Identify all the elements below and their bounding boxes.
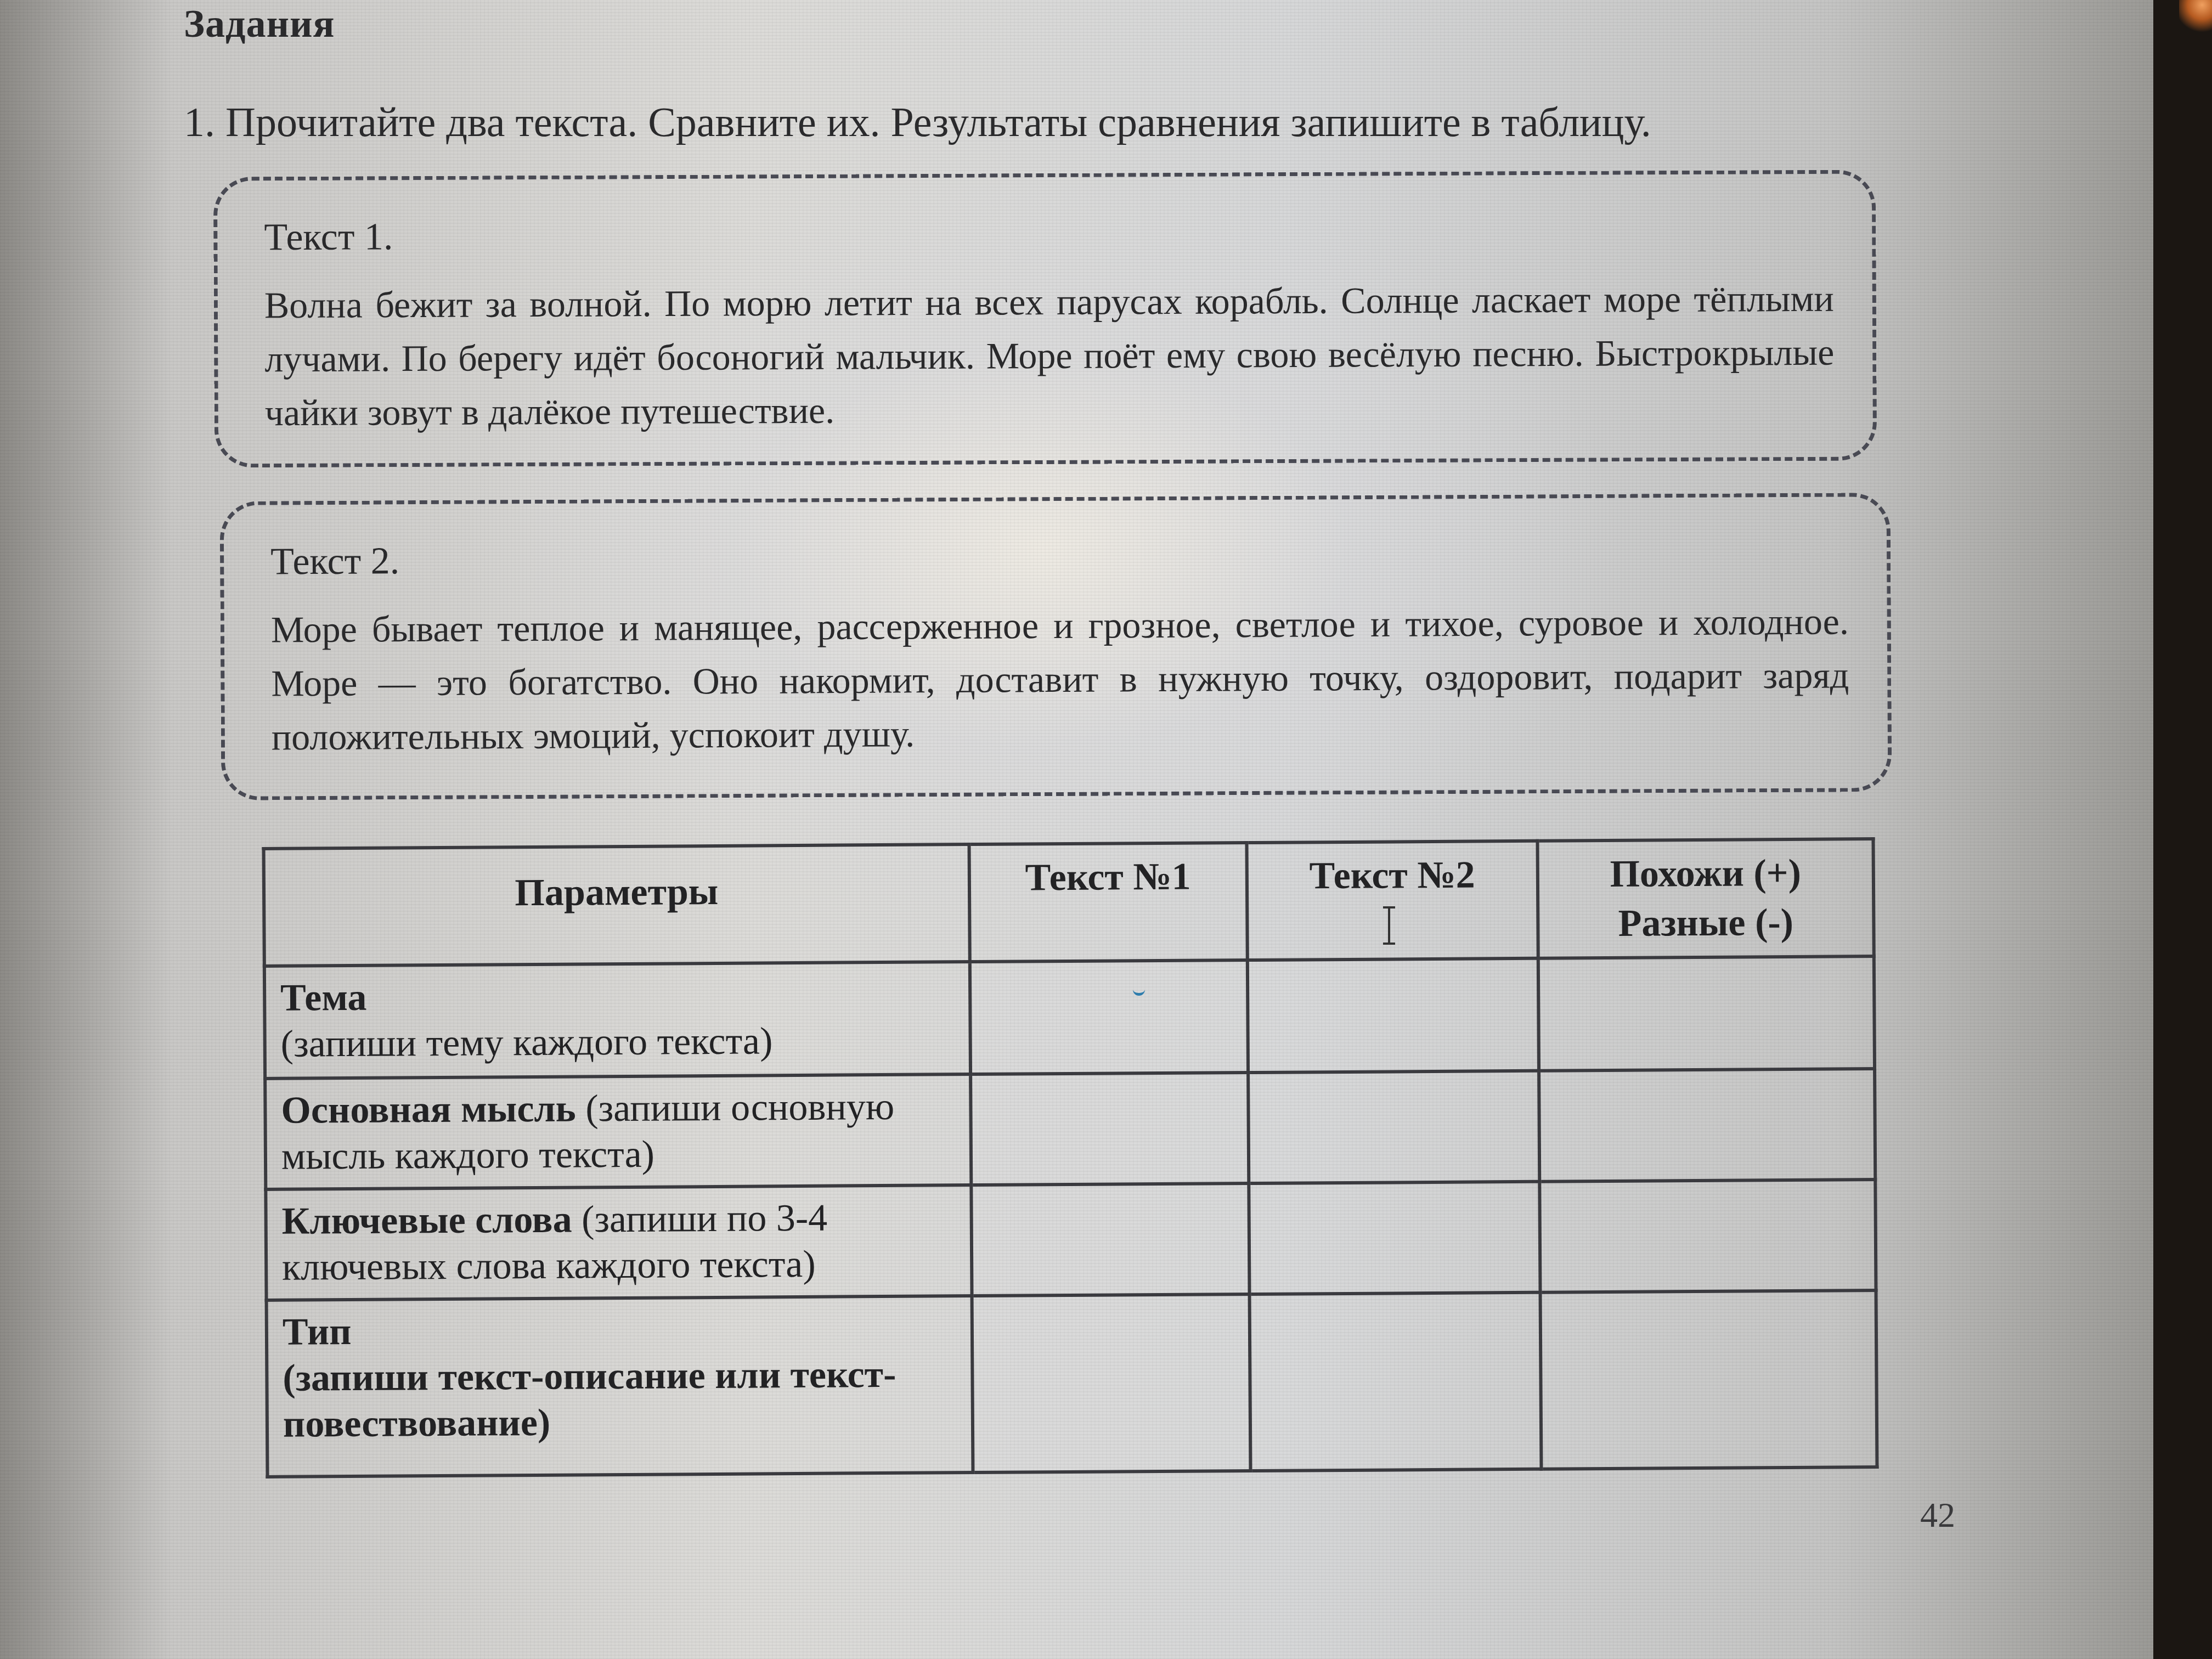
- cell-keywords-text-1[interactable]: [971, 1183, 1249, 1296]
- page-number: 42: [1920, 1495, 1955, 1536]
- cell-keywords-text-2[interactable]: [1249, 1182, 1540, 1294]
- row-title: Основная мысль: [281, 1088, 576, 1132]
- section-title: Задания: [184, 1, 335, 47]
- cell-type-similar[interactable]: [1540, 1290, 1877, 1469]
- header-similar-different: Похожи (+) Разные (-): [1537, 839, 1874, 958]
- row-hint: (запиши текст-описание или текст-повеств…: [283, 1353, 896, 1446]
- row-title: Тема: [280, 977, 367, 1019]
- document-page: Задания 1. Прочитайте два текста. Сравни…: [0, 0, 2153, 1659]
- row-title: Тип: [283, 1311, 352, 1353]
- table-header-row: Параметры Текст №1 Текст №2 Похожи (+) Р…: [264, 839, 1874, 966]
- cell-theme-text-1[interactable]: [969, 960, 1248, 1074]
- text-2-body: Море бывает теплое и манящее, рассерженн…: [271, 594, 1850, 764]
- row-title: Ключевые слова: [281, 1199, 572, 1243]
- cell-type-text-2[interactable]: [1249, 1293, 1541, 1471]
- comparison-table: Параметры Текст №1 Текст №2 Похожи (+) Р…: [262, 837, 1879, 1479]
- table-row: Тема (запиши тему каждого текста): [264, 956, 1875, 1079]
- cell-theme-text-2[interactable]: [1248, 958, 1539, 1073]
- header-text-1: Текст №1: [969, 843, 1248, 962]
- cell-main-idea-similar[interactable]: [1539, 1069, 1876, 1182]
- row-label-theme: Тема (запиши тему каждого текста): [264, 962, 970, 1079]
- cell-keywords-similar[interactable]: [1539, 1180, 1876, 1293]
- text-2-label: Текст 2.: [270, 532, 1848, 584]
- task-instruction: 1. Прочитайте два текста. Сравните их. Р…: [184, 99, 1651, 146]
- row-label-main-idea: Основная мысль (запиши основную мысль ка…: [265, 1074, 971, 1189]
- text-1-body: Волна бежит за волной. По морю летит на …: [264, 272, 1835, 439]
- header-similar: Похожи (+): [1553, 848, 1858, 899]
- cell-main-idea-text-1[interactable]: [970, 1073, 1249, 1185]
- row-hint: (запиши тему каждого текста): [280, 1020, 772, 1065]
- row-label-keywords: Ключевые слова (запиши по 3-4 ключевых с…: [266, 1185, 972, 1300]
- row-label-type: Тип (запиши текст-описание или текст-пов…: [267, 1296, 973, 1477]
- cell-theme-similar[interactable]: [1538, 956, 1875, 1071]
- table-row: Ключевые слова (запиши по 3-4 ключевых с…: [266, 1180, 1876, 1300]
- cell-type-text-1[interactable]: [972, 1294, 1250, 1472]
- text-box-1: Текст 1. Волна бежит за волной. По морю …: [213, 170, 1877, 467]
- cell-main-idea-text-2[interactable]: [1248, 1071, 1539, 1183]
- text-box-2: Текст 2. Море бывает теплое и манящее, р…: [220, 493, 1892, 800]
- text-cursor-icon: [1382, 906, 1396, 945]
- header-different: Разные (-): [1554, 898, 1858, 949]
- text-1-label: Текст 1.: [264, 209, 1833, 259]
- bezel-light-reflection: [2179, 0, 2212, 33]
- table-row: Основная мысль (запиши основную мысль ка…: [265, 1069, 1875, 1189]
- table-row: Тип (запиши текст-описание или текст-пов…: [267, 1290, 1877, 1477]
- header-params: Параметры: [264, 844, 970, 966]
